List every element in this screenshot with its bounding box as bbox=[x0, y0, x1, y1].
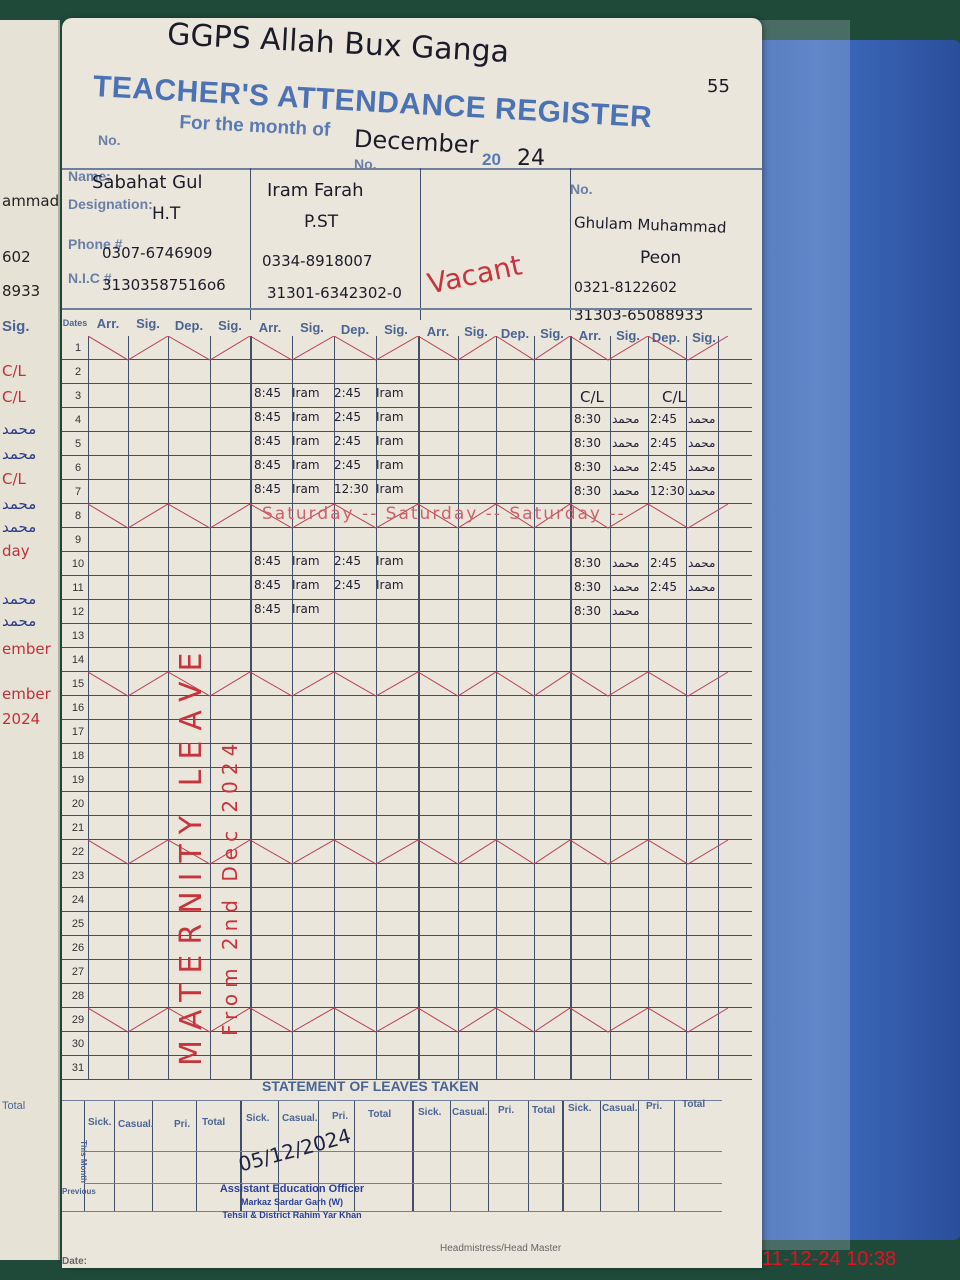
left-page-text: day bbox=[2, 542, 30, 560]
leaves-table: Sick. Casual. Pri. Total Sick. Casual. P… bbox=[62, 1100, 722, 1212]
signature: Iram bbox=[376, 554, 404, 568]
leave-header-casual: Casual. bbox=[452, 1107, 488, 1118]
divider bbox=[674, 1101, 675, 1211]
divider bbox=[420, 168, 421, 320]
leave-header-total: Total bbox=[202, 1117, 225, 1128]
arrival-time: 8:30 bbox=[574, 580, 601, 594]
arrival-time: 8:30 bbox=[574, 436, 601, 450]
divider bbox=[196, 1101, 197, 1211]
leave-header-pri: Pri. bbox=[498, 1105, 514, 1116]
departure-time: 2:45 bbox=[650, 412, 677, 426]
casual-leave-mark: C/L bbox=[580, 388, 604, 406]
month-label: For the month of bbox=[179, 112, 331, 142]
year-prefix: 20 bbox=[482, 150, 501, 170]
signature: محمد bbox=[688, 436, 715, 450]
signature: محمد bbox=[688, 580, 715, 594]
signature: Iram bbox=[292, 602, 320, 616]
leave-header-total: Total bbox=[532, 1105, 555, 1116]
teacher1-name: Sabahat Gul bbox=[92, 172, 203, 193]
leave-header-total: Total bbox=[682, 1099, 705, 1110]
signature: Iram bbox=[292, 386, 320, 400]
arrival-time: 8:30 bbox=[574, 412, 601, 426]
leave-header-casual: Casual. bbox=[118, 1119, 154, 1130]
left-page-text: محمد bbox=[2, 495, 36, 513]
signature: محمد bbox=[612, 556, 639, 570]
date-label: Date: bbox=[62, 1256, 87, 1267]
signature: Iram bbox=[376, 578, 404, 592]
departure-time: 12:30 bbox=[650, 484, 685, 498]
teacher1-designation: H.T bbox=[152, 204, 180, 224]
signature: محمد bbox=[688, 412, 715, 426]
signature: Iram bbox=[292, 434, 320, 448]
divider bbox=[638, 1101, 639, 1211]
signature: Iram bbox=[292, 410, 320, 424]
departure-time: 2:45 bbox=[334, 410, 361, 424]
leave-header-sick: Sick. bbox=[568, 1103, 591, 1114]
signature: محمد bbox=[612, 412, 639, 426]
divider bbox=[450, 1101, 451, 1211]
left-page-total-label: Total bbox=[2, 1100, 25, 1112]
saturday-annotation: Saturday -- Saturday -- Saturday -- bbox=[262, 504, 626, 524]
stamp-line: Assistant Education Officer bbox=[202, 1183, 382, 1196]
departure-time: 2:45 bbox=[334, 554, 361, 568]
col-arr: Arr. bbox=[88, 316, 128, 331]
signature: Iram bbox=[292, 482, 320, 496]
left-page-text: ammad bbox=[2, 192, 59, 210]
signature: محمد bbox=[688, 556, 715, 570]
departure-time: 2:45 bbox=[334, 578, 361, 592]
row-label-this-month: This Month bbox=[79, 1140, 88, 1183]
divider bbox=[114, 1101, 115, 1211]
arrival-time: 8:45 bbox=[254, 458, 281, 472]
leave-header-sick: Sick. bbox=[418, 1107, 441, 1118]
col-dep: Dep. bbox=[168, 318, 210, 333]
teacher2-phone: 0334-8918007 bbox=[262, 252, 372, 270]
signature: محمد bbox=[612, 460, 639, 474]
teacher2-name: Iram Farah bbox=[267, 180, 364, 201]
row-label-previous: Previous bbox=[62, 1187, 96, 1196]
arrival-time: 8:45 bbox=[254, 410, 281, 424]
divider bbox=[600, 1101, 601, 1211]
leaves-title: STATEMENT OF LEAVES TAKEN bbox=[262, 1078, 479, 1094]
divider bbox=[250, 168, 251, 320]
left-page-text: محمد bbox=[2, 590, 36, 608]
statement-of-leaves: STATEMENT OF LEAVES TAKEN Sick. Casual. … bbox=[62, 1078, 762, 1268]
col-sig: Sig. bbox=[128, 316, 168, 331]
signature: Iram bbox=[376, 482, 404, 496]
signature: Iram bbox=[376, 386, 404, 400]
teacher-info-header: Name: Designation: Phone # N.I.C # Sabah… bbox=[62, 168, 762, 328]
teacher1-phone: 0307-6746909 bbox=[102, 244, 212, 262]
departure-time: 2:45 bbox=[650, 556, 677, 570]
divider bbox=[528, 1101, 529, 1211]
school-name: GGPS Allah Bux Ganga bbox=[166, 17, 510, 70]
arrival-time: 8:45 bbox=[254, 482, 281, 496]
col-sig: Sig. bbox=[210, 318, 250, 333]
signature: محمد bbox=[612, 580, 639, 594]
divider bbox=[412, 1101, 414, 1211]
departure-time: 2:45 bbox=[334, 458, 361, 472]
divider bbox=[84, 1151, 722, 1152]
official-stamp: Assistant Education Officer Markaz Sarda… bbox=[202, 1183, 382, 1222]
divider bbox=[488, 1101, 489, 1211]
arrival-time: 8:45 bbox=[254, 434, 281, 448]
teacher4-phone: 0321-8122602 bbox=[574, 280, 677, 296]
signature: محمد bbox=[612, 604, 639, 618]
signature: Iram bbox=[376, 410, 404, 424]
arrival-time: 8:45 bbox=[254, 386, 281, 400]
col-sig: Sig. bbox=[376, 322, 416, 337]
register-page: GGPS Allah Bux Ganga 55 TEACHER'S ATTEND… bbox=[62, 18, 762, 1268]
left-page-text: محمد bbox=[2, 612, 36, 630]
divider bbox=[570, 168, 571, 320]
left-page-text: ember bbox=[2, 640, 51, 658]
camera-timestamp: 11-12-24 10:38 bbox=[762, 1248, 896, 1271]
attendance-grid: 1 2 3 4 5 6 7 8 9 10 11 12 13 14 15 16 1… bbox=[62, 336, 752, 1086]
signature: محمد bbox=[612, 484, 639, 498]
leave-header-pri: Pri. bbox=[646, 1101, 662, 1112]
leave-header-sick: Sick. bbox=[246, 1113, 269, 1124]
signature: Iram bbox=[376, 458, 404, 472]
left-page-text: محمد bbox=[2, 518, 36, 536]
left-page-text: ember bbox=[2, 685, 51, 703]
left-page-text: C/L bbox=[2, 388, 26, 406]
departure-time: 2:45 bbox=[334, 434, 361, 448]
left-page-text: C/L bbox=[2, 362, 26, 380]
arrival-time: 8:45 bbox=[254, 578, 281, 592]
arrival-time: 8:30 bbox=[574, 604, 601, 618]
leave-header-sick: Sick. bbox=[88, 1117, 111, 1128]
leave-header-casual: Casual. bbox=[282, 1113, 318, 1124]
signature: محمد bbox=[612, 436, 639, 450]
stamp-line: Markaz Sardar Garh (W) bbox=[202, 1196, 382, 1209]
divider bbox=[84, 1183, 722, 1184]
arrival-time: 8:45 bbox=[254, 554, 281, 568]
casual-leave-mark: C/L bbox=[662, 388, 686, 406]
signature: محمد bbox=[688, 460, 715, 474]
col-dep: Dep. bbox=[334, 322, 376, 337]
left-page-text: 8933 bbox=[2, 282, 40, 300]
arrival-time: 8:30 bbox=[574, 460, 601, 474]
col-dates: Dates bbox=[62, 318, 88, 328]
maternity-leave-period: From 2nd Dec 2024 bbox=[218, 738, 242, 1036]
signature: Iram bbox=[292, 578, 320, 592]
departure-time: 2:45 bbox=[334, 386, 361, 400]
signature: Iram bbox=[292, 458, 320, 472]
left-page-header: Sig. bbox=[2, 318, 30, 335]
divider bbox=[152, 1101, 153, 1211]
teacher2-nic: 31301-6342302-0 bbox=[267, 284, 402, 302]
divider bbox=[562, 1101, 564, 1211]
arrival-time: 8:30 bbox=[574, 484, 601, 498]
departure-time: 2:45 bbox=[650, 436, 677, 450]
signature: Iram bbox=[376, 434, 404, 448]
arrival-time: 8:30 bbox=[574, 556, 601, 570]
stamp-line: Tehsil & District Rahim Yar Khan bbox=[202, 1209, 382, 1222]
teacher2-designation: P.ST bbox=[304, 212, 338, 232]
left-page-text: محمد bbox=[2, 420, 36, 438]
signature: محمد bbox=[688, 484, 715, 498]
left-page-text: 602 bbox=[2, 248, 31, 266]
departure-time: 12:30 bbox=[334, 482, 369, 496]
month-value: December bbox=[353, 125, 479, 159]
leave-header-casual: Casual. bbox=[602, 1103, 638, 1114]
departure-time: 2:45 bbox=[650, 460, 677, 474]
headmaster-label: Headmistress/Head Master bbox=[440, 1243, 561, 1254]
leave-header-pri: Pri. bbox=[174, 1119, 190, 1130]
departure-time: 2:45 bbox=[650, 580, 677, 594]
page-number: 55 bbox=[707, 76, 730, 97]
leave-header-total: Total bbox=[368, 1109, 391, 1120]
arrival-time: 8:45 bbox=[254, 602, 281, 616]
no-label: No. bbox=[98, 132, 121, 148]
signature: Iram bbox=[292, 554, 320, 568]
col-arr: Arr. bbox=[250, 320, 290, 335]
left-page-text: 2024 bbox=[2, 710, 40, 728]
left-page-text: C/L bbox=[2, 470, 26, 488]
left-page-text: محمد bbox=[2, 445, 36, 463]
leave-header-pri: Pri. bbox=[332, 1111, 348, 1122]
previous-page-edge: ammad 602 8933 Sig. C/L C/L محمد محمد C/… bbox=[0, 20, 60, 1260]
designation-label: Designation: bbox=[68, 196, 153, 212]
teacher4-designation: Peon bbox=[640, 248, 681, 268]
maternity-leave-annotation: MATERNITY LEAVE bbox=[174, 643, 209, 1066]
col-sig: Sig. bbox=[292, 320, 332, 335]
teacher1-nic: 31303587516o6 bbox=[102, 276, 226, 294]
